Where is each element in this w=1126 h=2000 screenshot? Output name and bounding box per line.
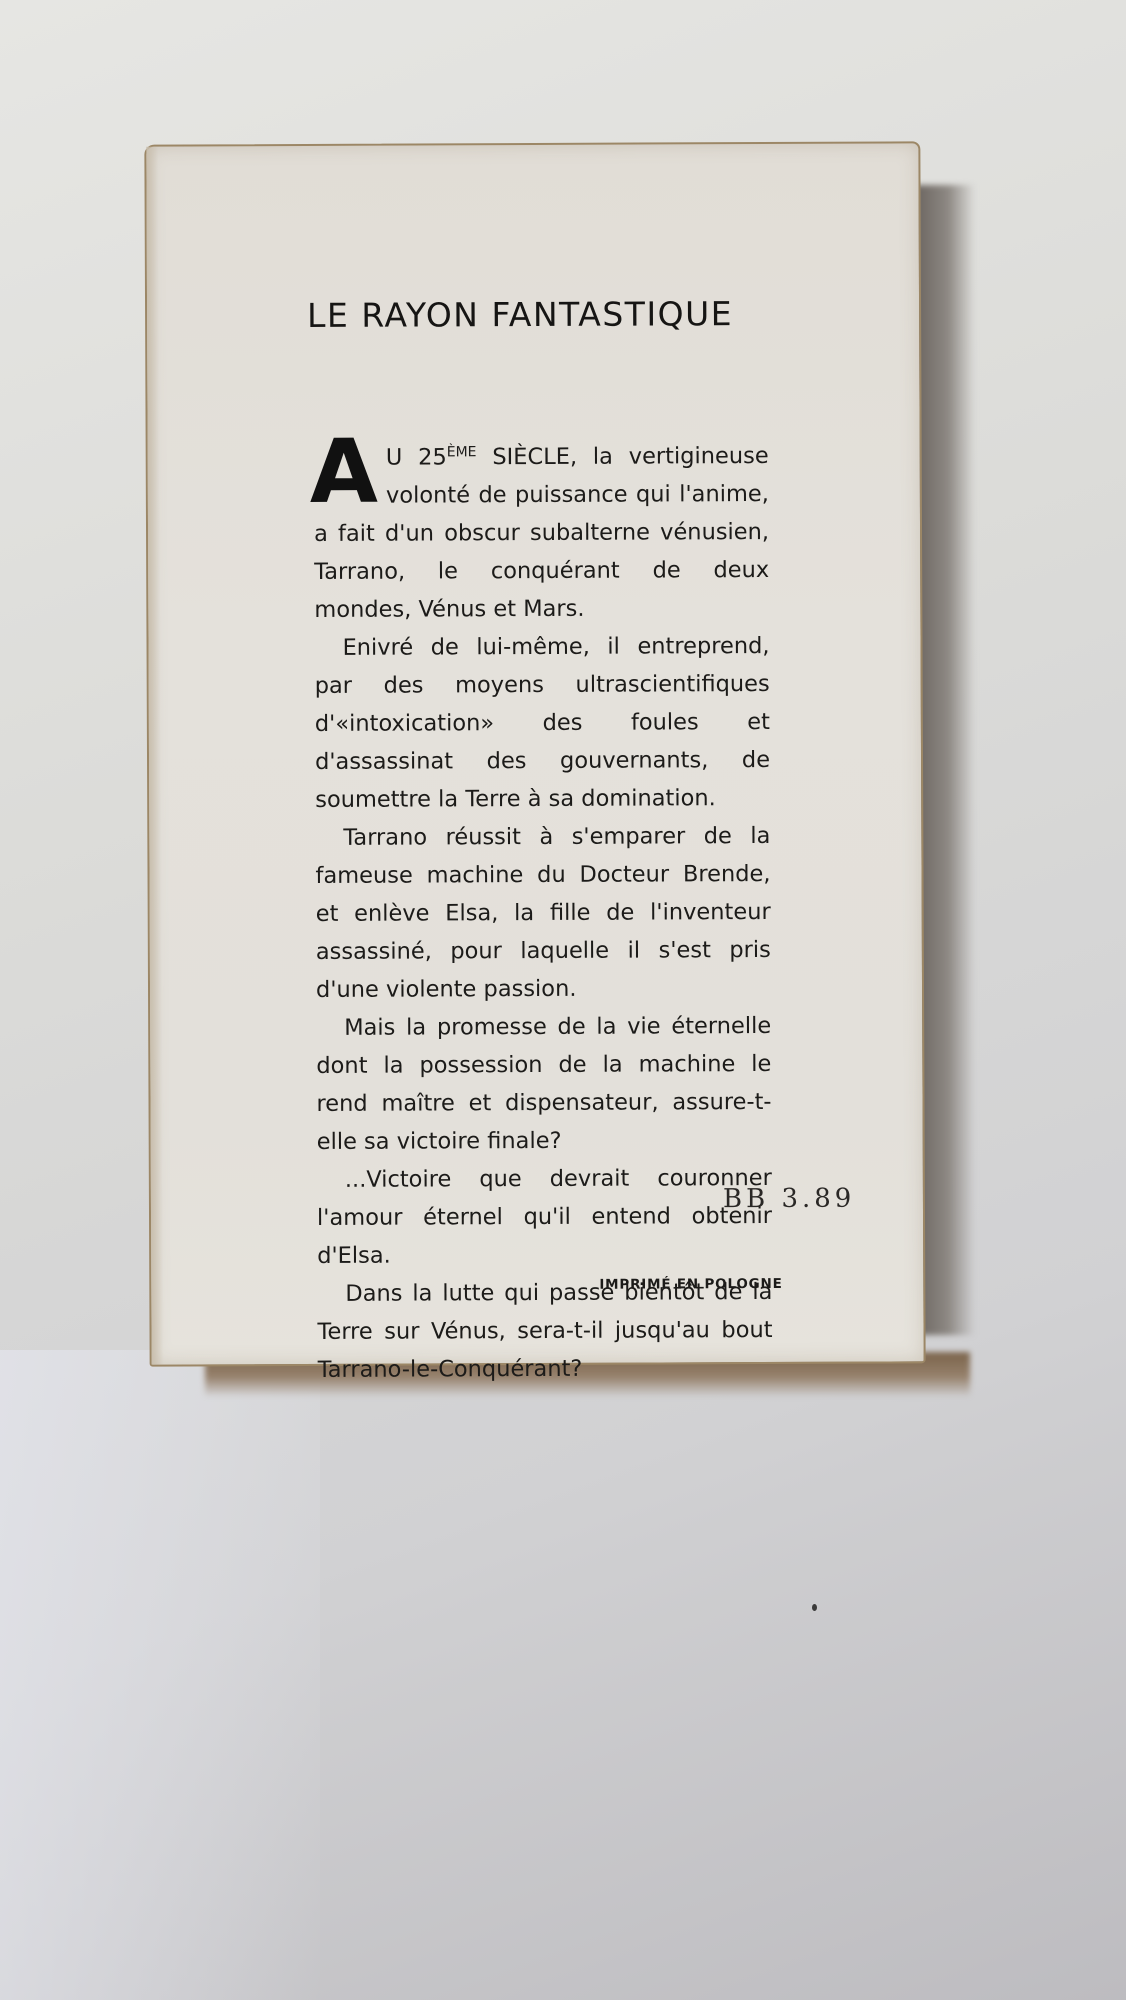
drop-cap: A <box>310 436 378 508</box>
superscript-eme: ÈME <box>447 444 477 460</box>
blurb-paragraph-2: Enivré de lui-même, il entreprend, par d… <box>314 627 770 819</box>
book-back-cover: LE RAYON FANTASTIQUE AU 25ÈME SIÈCLE, la… <box>144 141 925 1366</box>
printed-in-label: IMPRIMÉ EN POLOGNE <box>599 1276 782 1293</box>
first-line-start: U 25 <box>386 444 447 470</box>
blurb-paragraph-4: Mais la promesse de la vie éternelle don… <box>316 1007 772 1161</box>
price-stamp: BB 3.89 <box>723 1184 856 1215</box>
first-paragraph-text: SIÈCLE, la vertigineuse volonté de puiss… <box>314 443 769 623</box>
blurb-paragraph-1: AU 25ÈME SIÈCLE, la vertigineuse volonté… <box>314 432 770 629</box>
blurb-text: AU 25ÈME SIÈCLE, la vertigineuse volonté… <box>314 432 773 1389</box>
blurb-paragraph-3: Tarrano réussit à s'emparer de la fameus… <box>315 817 771 1009</box>
background-light-patch <box>0 1350 320 2000</box>
blurb-paragraph-5: ...Victoire que devrait couronner l'amou… <box>317 1159 772 1275</box>
dust-speck <box>812 1604 817 1611</box>
series-title: LE RAYON FANTASTIQUE <box>307 294 767 335</box>
spine-edge <box>146 147 163 1365</box>
